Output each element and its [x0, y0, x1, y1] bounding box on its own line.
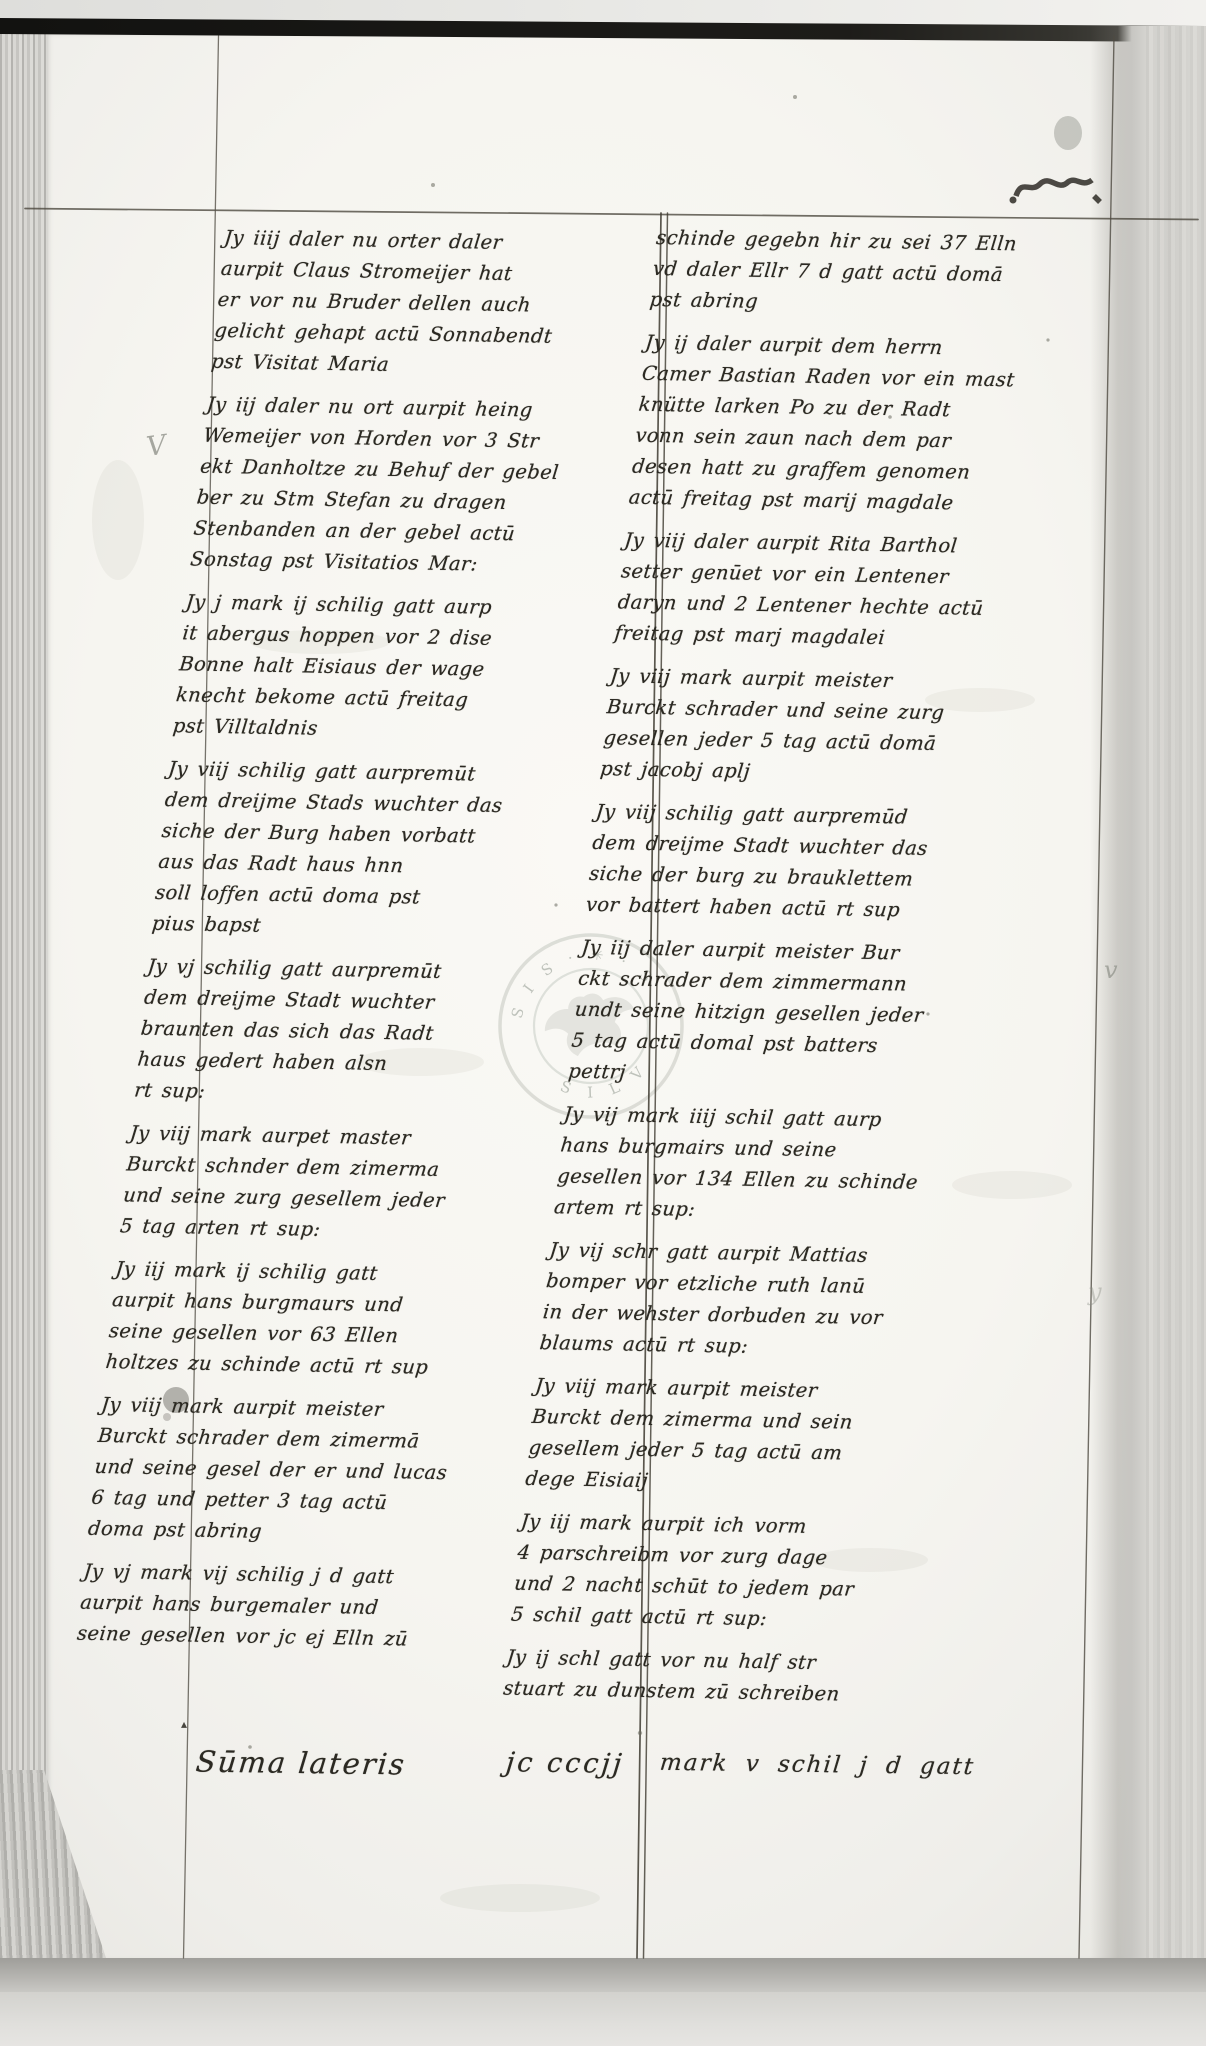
- ledger-entry: Jy ij schl gatt vor nu half strstuart zu…: [502, 1642, 964, 1712]
- entry-line: 5 tag arten rt sup:: [119, 1210, 562, 1249]
- summa-label: Sūma lateris: [194, 1745, 407, 1782]
- ledger-entry: Jy ij daler aurpit dem herrnCamer Bastia…: [627, 327, 1103, 521]
- ledger-entry: Jy j mark ij schilig gatt aurpit abergus…: [171, 586, 627, 749]
- entry-line: Sonstag pst Visitatios Mar:: [189, 543, 632, 582]
- ledger-entry: schinde gegebn hir zu sei 37 Ellnvd dale…: [648, 222, 1114, 323]
- ledger-entry: Jy vij mark iiij schil gatt aurphans bur…: [553, 1098, 1022, 1230]
- ledger-entry: Jy vj schilig gatt aurpremūtdem dreijme …: [133, 951, 589, 1114]
- book-edge-right: [1146, 26, 1206, 1971]
- entry-line: rt sup:: [133, 1075, 576, 1114]
- entry-line: pst Visitat Maria: [210, 346, 653, 385]
- scan-bed-bottom: [0, 1992, 1206, 2046]
- ledger-entry: Jy viij mark aurpet masterBurckt schnder…: [119, 1117, 572, 1249]
- ledger-entry: Jy iij mark aurpit ich vorm4 parschreibm…: [510, 1506, 979, 1638]
- ledger-entry: Jy vj mark vij schilig j d gattaurpit ha…: [76, 1556, 526, 1657]
- ledger-entry: Jy viij schilig gatt aurpremūddem dreijm…: [584, 796, 1053, 928]
- ledger-entry: Jy vij schr gatt aurpit Mattiasbomper vo…: [538, 1234, 1007, 1366]
- ledger-entry: Jy viij daler aurpit Rita Bartholsetter …: [613, 524, 1082, 656]
- ledger-entry: Jy viij mark aurpit meisterBurckt schrad…: [87, 1389, 543, 1552]
- entry-line: pst Villtaldnis: [171, 710, 614, 749]
- page-bottom-shadow: [0, 1958, 1206, 1992]
- summa-right-amount: mark v schil j d gatt: [659, 1750, 977, 1780]
- summa-amount: jc cccjj: [504, 1747, 625, 1780]
- ledger-entry: Jy viij mark aurpit meisterBurckt schrad…: [599, 660, 1068, 792]
- entry-line: holtzes zu schinde actū rt sup: [104, 1346, 547, 1385]
- entry-line: seine gesellen vor jc ej Elln zū: [76, 1618, 519, 1657]
- entry-line: pius bapst: [150, 908, 593, 947]
- ledger-entry: Jy iij daler nu ort aurpit heingWemeijer…: [189, 389, 649, 583]
- ledger-entry: Jy viij mark aurpit meisterBurckt dem zi…: [524, 1370, 993, 1502]
- entry-line: doma pst abring: [87, 1513, 530, 1552]
- ledger-entry: Jy viij schilig gatt aurpremūtdem dreijm…: [150, 753, 610, 947]
- ledger-entry: Jy iij mark ij schilig gattaurpit hans b…: [104, 1253, 557, 1385]
- scanned-manuscript: S I S · ✳ · S S I L V V v: [0, 0, 1206, 2046]
- book-edge-left: [0, 26, 48, 1971]
- ledger-entry: Jy iiij daler nu orter daleraurpit Claus…: [210, 222, 666, 385]
- ledger-entry: Jy iij daler aurpit meister Burckt schra…: [567, 932, 1039, 1095]
